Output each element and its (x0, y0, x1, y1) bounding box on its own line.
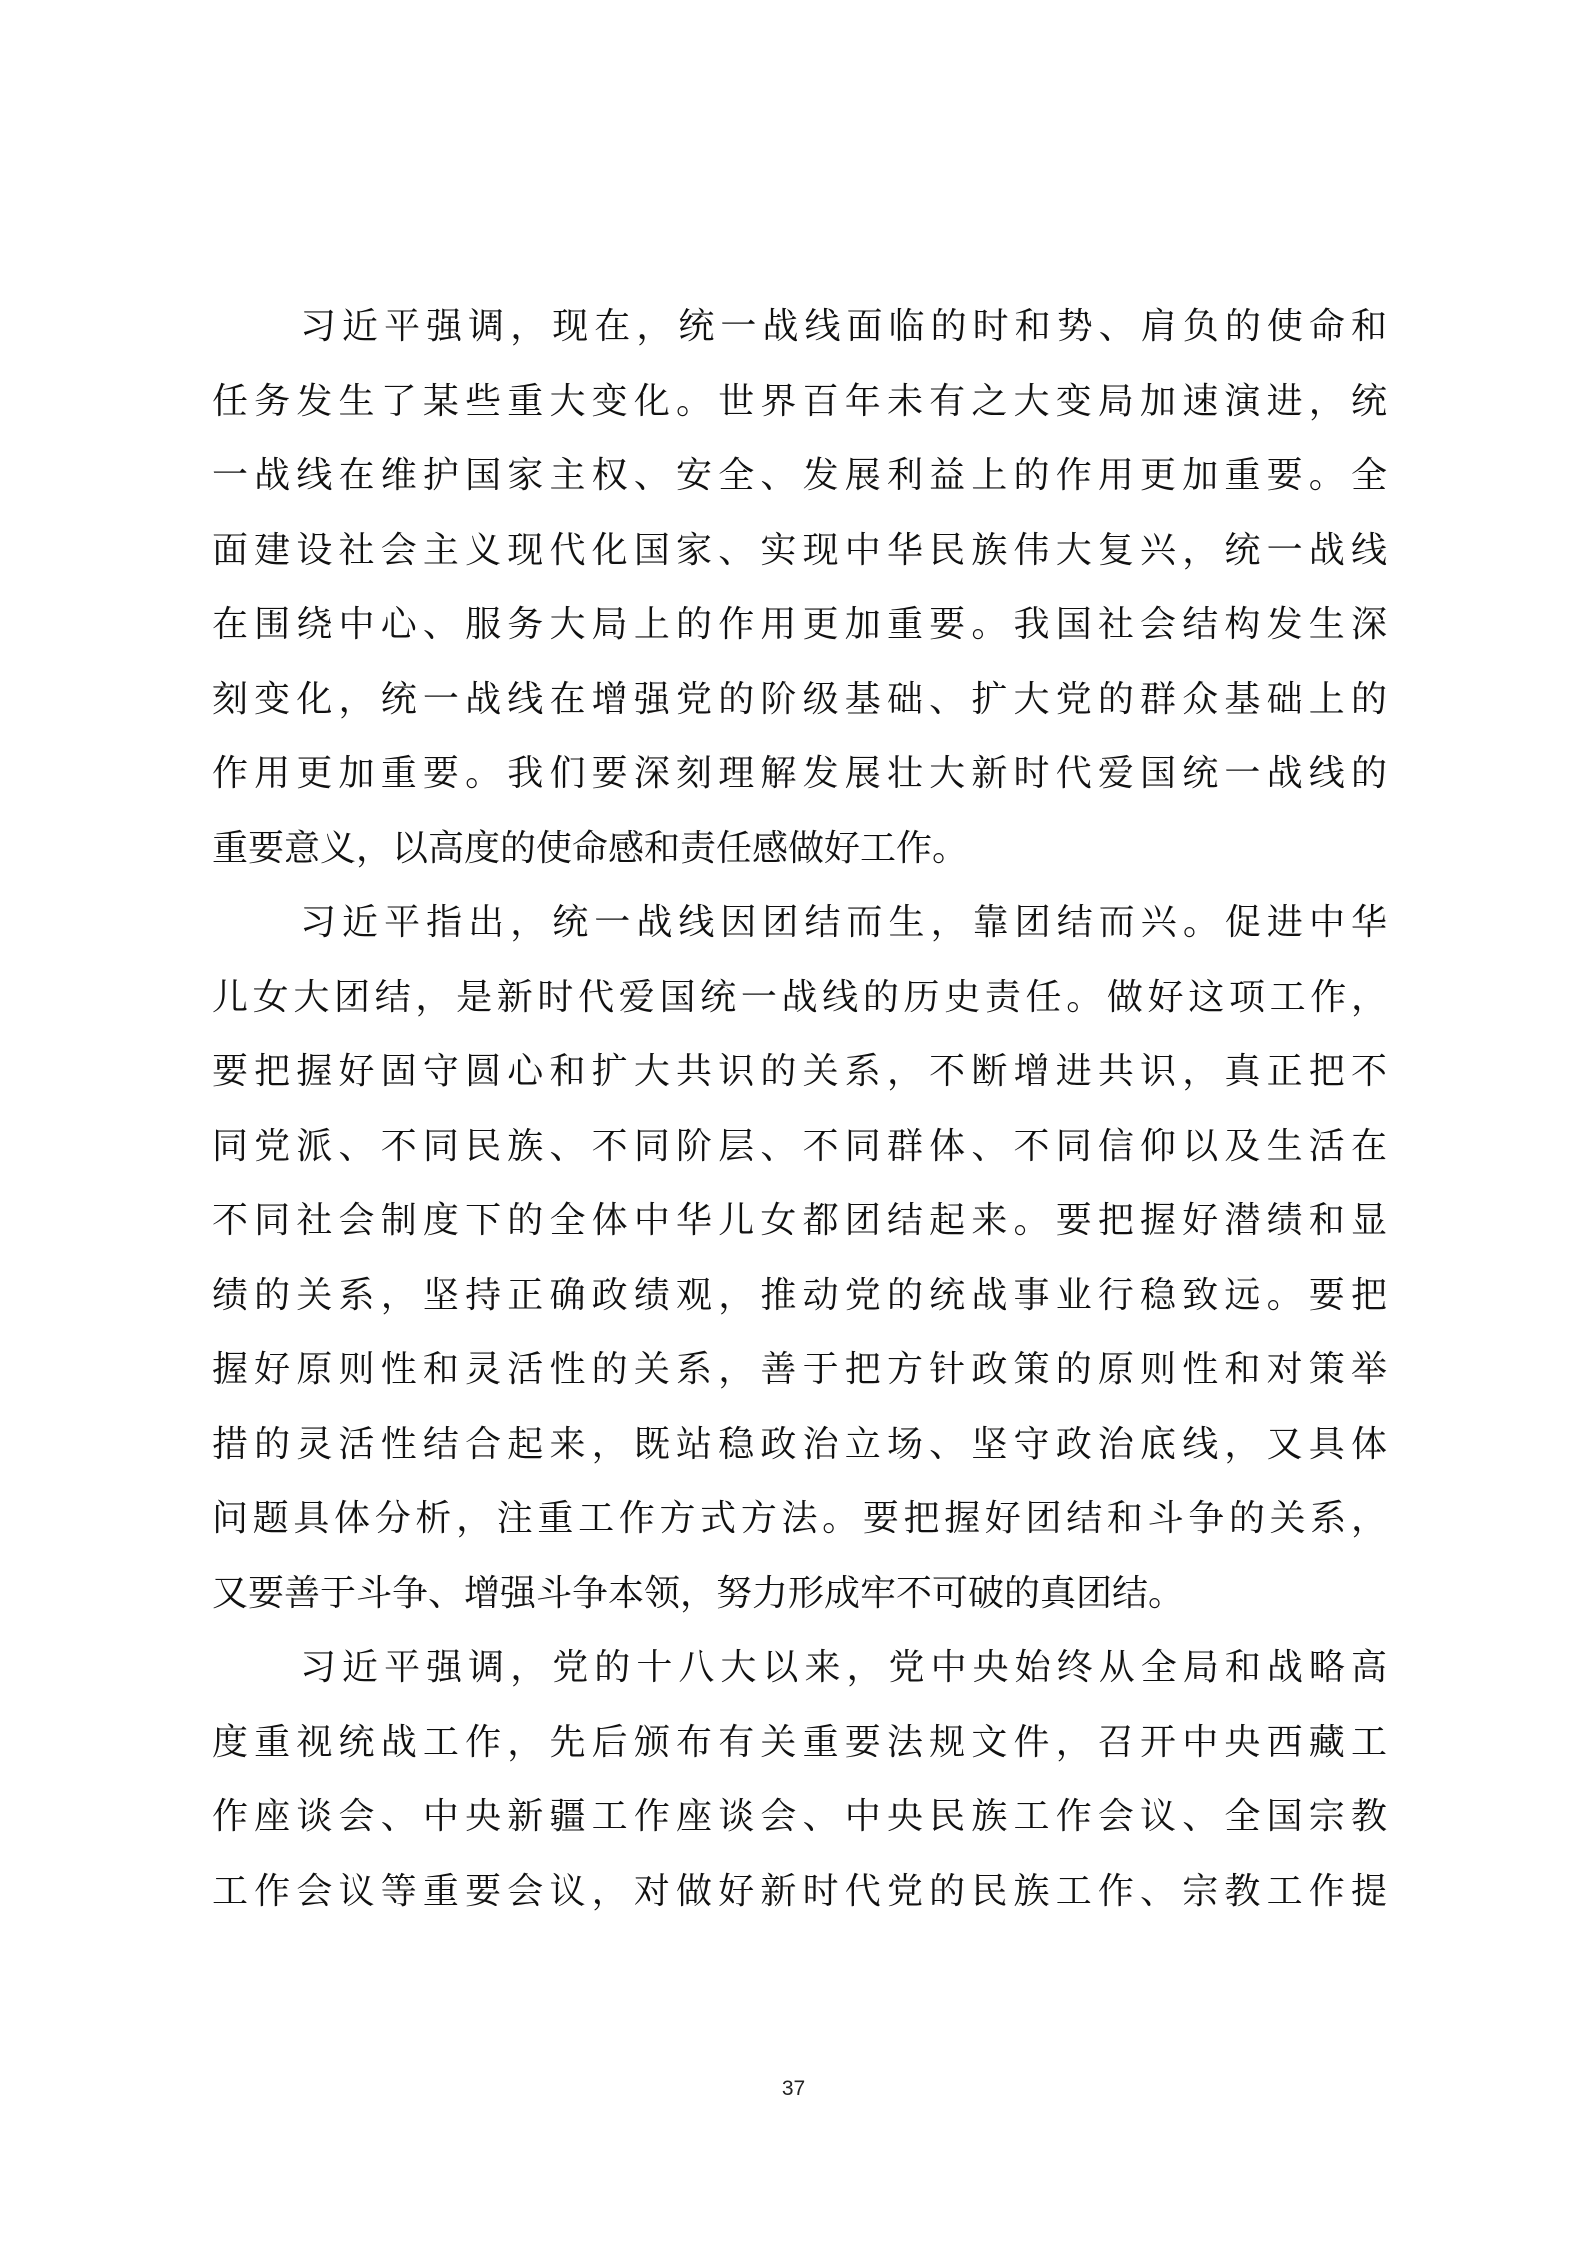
paragraph-3-line-3: 作座谈会、中央新疆工作座谈会、中央民族工作会议、全国宗教 (212, 1780, 1387, 1855)
document-page: 习近平强调，现在，统一战线面临的时和势、肩负的使命和 任务发生了某些重大变化。世… (0, 0, 1587, 2245)
paragraph-3-line-4: 工作会议等重要会议，对做好新时代党的民族工作、宗教工作提 (212, 1855, 1387, 1930)
paragraph-1-line-5: 在围绕中心、服务大局上的作用更加重要。我国社会结构发生深 (212, 588, 1387, 663)
paragraph-1-line-3: 一战线在维护国家主权、安全、发展利益上的作用更加重要。全 (212, 439, 1387, 514)
paragraph-1-line-4: 面建设社会主义现代化国家、实现中华民族伟大复兴，统一战线 (212, 514, 1387, 589)
paragraph-1-line-7: 作用更加重要。我们要深刻理解发展壮大新时代爱国统一战线的 (212, 737, 1387, 812)
paragraph-2-line-5: 不同社会制度下的全体中华儿女都团结起来。要把握好潜绩和显 (212, 1184, 1387, 1259)
page-number: 37 (0, 2077, 1587, 2101)
paragraph-2-line-9: 问题具体分析，注重工作方式方法。要把握好团结和斗争的关系， (212, 1482, 1387, 1557)
paragraph-2-line-1: 习近平指出，统一战线因团结而生，靠团结而兴。促进中华 (212, 886, 1387, 961)
paragraph-1-line-6: 刻变化，统一战线在增强党的阶级基础、扩大党的群众基础上的 (212, 663, 1387, 738)
paragraph-2-line-2: 儿女大团结，是新时代爱国统一战线的历史责任。做好这项工作， (212, 961, 1387, 1036)
paragraph-1-line-8: 重要意义，以高度的使命感和责任感做好工作。 (212, 812, 1387, 887)
paragraph-2-line-4: 同党派、不同民族、不同阶层、不同群体、不同信仰以及生活在 (212, 1110, 1387, 1185)
paragraph-3-line-1: 习近平强调，党的十八大以来，党中央始终从全局和战略高 (212, 1631, 1387, 1706)
paragraph-1-line-1: 习近平强调，现在，统一战线面临的时和势、肩负的使命和 (212, 290, 1387, 365)
paragraph-2-line-10: 又要善于斗争、增强斗争本领，努力形成牢不可破的真团结。 (212, 1557, 1387, 1632)
body-text: 习近平强调，现在，统一战线面临的时和势、肩负的使命和 任务发生了某些重大变化。世… (212, 290, 1387, 1929)
paragraph-2-line-3: 要把握好固守圆心和扩大共识的关系，不断增进共识，真正把不 (212, 1035, 1387, 1110)
paragraph-2-line-7: 握好原则性和灵活性的关系，善于把方针政策的原则性和对策举 (212, 1333, 1387, 1408)
paragraph-2-line-6: 绩的关系，坚持正确政绩观，推动党的统战事业行稳致远。要把 (212, 1259, 1387, 1334)
paragraph-2-line-8: 措的灵活性结合起来，既站稳政治立场、坚守政治底线，又具体 (212, 1408, 1387, 1483)
paragraph-3-line-2: 度重视统战工作，先后颁布有关重要法规文件，召开中央西藏工 (212, 1706, 1387, 1781)
paragraph-1-line-2: 任务发生了某些重大变化。世界百年未有之大变局加速演进，统 (212, 365, 1387, 440)
